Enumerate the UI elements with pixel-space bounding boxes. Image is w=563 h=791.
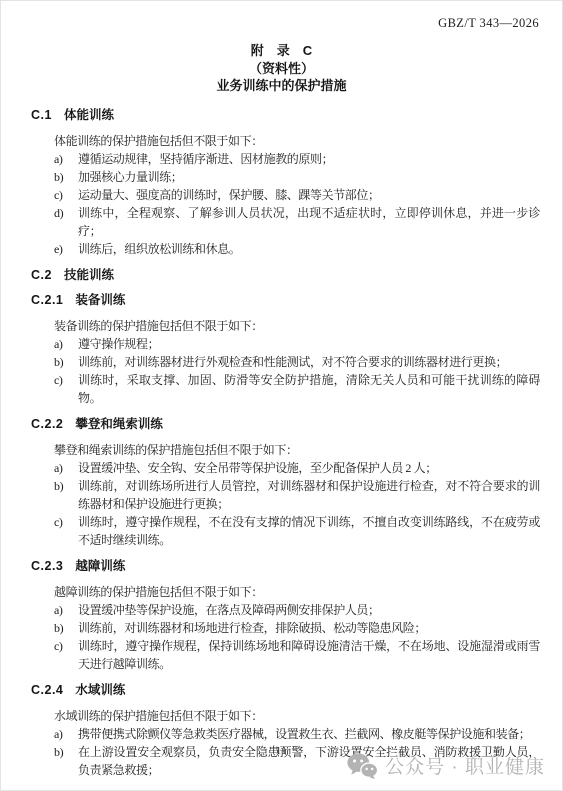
item-text: 携带便携式除颤仪等急救类医疗器械，设置救生衣、拦截网、橡皮艇等保护设施和装备； xyxy=(78,725,540,743)
item-label: c) xyxy=(54,186,78,204)
item-text: 训练前，对训练器材和场地进行检查，排除破损、松动等隐患风险； xyxy=(78,619,540,637)
item-label: b) xyxy=(54,619,78,637)
section-c2-heading: C.2 技能训练 xyxy=(31,267,534,283)
item-text: 运动量大、强度高的训练时，保护腰、膝、踝等关节部位； xyxy=(78,186,540,204)
item-label: d) xyxy=(54,204,78,240)
section-title: 攀登和绳索训练 xyxy=(75,416,163,432)
section-number: C.2.4 xyxy=(31,682,63,698)
section-number: C.2 xyxy=(31,267,52,283)
section-title: 水域训练 xyxy=(75,682,125,698)
item-text: 训练后，组织放松训练和休息。 xyxy=(78,240,540,258)
item-text: 训练前，对训练器材进行外观检查和性能测试，对不符合要求的训练器材进行更换； xyxy=(78,353,540,371)
item-label: e) xyxy=(54,240,78,258)
item-label: b) xyxy=(54,353,78,371)
list-item: c) 训练时，采取支撑、加固、防滑等安全防护措施，清除无关人员和可能干扰训练的障… xyxy=(54,371,540,407)
section-c1-heading: C.1 体能训练 xyxy=(31,107,534,123)
list-item: c) 训练时，遵守操作规程，不在没有支撑的情况下训练，不擅自改变训练路线，不在疲… xyxy=(54,513,540,549)
list-item: a) 携带便携式除颤仪等急救类医疗器械，设置救生衣、拦截网、橡皮艇等保护设施和装… xyxy=(54,725,540,743)
item-text: 训练中，全程观察、了解参训人员状况，出现不适症状时，立即停训休息，并进一步诊疗； xyxy=(78,204,540,240)
list-item: b) 训练前，对训练器材和场地进行检查，排除破损、松动等隐患风险； xyxy=(54,619,540,637)
watermark: 公众号 · 职业健康 xyxy=(347,752,545,779)
section-title: 装备训练 xyxy=(75,292,125,308)
item-label: c) xyxy=(54,637,78,673)
item-label: a) xyxy=(54,601,78,619)
item-label: a) xyxy=(54,725,78,743)
section-c2-2-heading: C.2.2 攀登和绳索训练 xyxy=(31,416,534,432)
wechat-icon xyxy=(347,753,378,779)
item-label: a) xyxy=(54,150,78,168)
section-number: C.2.3 xyxy=(31,558,63,574)
section-title: 体能训练 xyxy=(64,107,114,123)
item-text: 设置缓冲垫等保护设施，在落点及障碍两侧安排保护人员； xyxy=(78,601,540,619)
list-item: a) 设置缓冲垫、安全钩、安全吊带等保护设施，至少配备保护人员 2 人； xyxy=(54,459,540,477)
list-item: e) 训练后，组织放松训练和休息。 xyxy=(54,240,540,258)
appendix-title: 附 录 C xyxy=(1,42,562,59)
list-item: a) 遵守操作规程； xyxy=(54,335,540,353)
section-c1-intro: 体能训练的保护措施包括但不限于如下： xyxy=(54,132,540,150)
section-c2-3-intro: 越障训练的保护措施包括但不限于如下： xyxy=(54,583,540,601)
section-c2-1-heading: C.2.1 装备训练 xyxy=(31,292,534,308)
item-text: 训练时，遵守操作规程，保持训练场地和障碍设施清洁干燥，不在场地、设施湿滑或雨雪天… xyxy=(78,637,540,673)
section-title: 技能训练 xyxy=(64,267,114,283)
appendix-subject: 业务训练中的保护措施 xyxy=(1,77,562,94)
appendix-type: （资料性） xyxy=(1,60,562,77)
list-item: b) 加强核心力量训练； xyxy=(54,168,540,186)
section-c2-3-heading: C.2.3 越障训练 xyxy=(31,558,534,574)
item-text: 加强核心力量训练； xyxy=(78,168,540,186)
list-item: a) 设置缓冲垫等保护设施，在落点及障碍两侧安排保护人员； xyxy=(54,601,540,619)
document-page: GBZ/T 343—2026 附 录 C （资料性） 业务训练中的保护措施 C.… xyxy=(0,0,563,791)
appendix-title-block: 附 录 C （资料性） 业务训练中的保护措施 xyxy=(1,42,562,94)
section-number: C.2.1 xyxy=(31,292,63,308)
list-item: b) 训练前，对训练器材进行外观检查和性能测试，对不符合要求的训练器材进行更换； xyxy=(54,353,540,371)
item-text: 遵循运动规律，坚持循序渐进、因材施教的原则； xyxy=(78,150,540,168)
section-c2-1-intro: 装备训练的保护措施包括但不限于如下： xyxy=(54,317,540,335)
watermark-label: 公众号 · 职业健康 xyxy=(385,752,545,779)
list-item: b) 训练前，对训练场所进行人员管控，对训练器材和保护设施进行检查，对不符合要求… xyxy=(54,477,540,513)
section-c1-items: a) 遵循运动规律，坚持循序渐进、因材施教的原则； b) 加强核心力量训练； c… xyxy=(54,150,540,258)
item-label: b) xyxy=(54,168,78,186)
item-text: 训练时，采取支撑、加固、防滑等安全防护措施，清除无关人员和可能干扰训练的障碍物。 xyxy=(78,371,540,407)
section-c2-2-intro: 攀登和绳索训练的保护措施包括但不限于如下： xyxy=(54,441,540,459)
section-number: C.1 xyxy=(31,107,52,123)
item-text: 设置缓冲垫、安全钩、安全吊带等保护设施，至少配备保护人员 2 人； xyxy=(78,459,540,477)
section-title: 越障训练 xyxy=(75,558,125,574)
item-label: a) xyxy=(54,459,78,477)
item-text: 遵守操作规程； xyxy=(78,335,540,353)
item-label: c) xyxy=(54,371,78,407)
section-number: C.2.2 xyxy=(31,416,63,432)
list-item: c) 训练时，遵守操作规程，保持训练场地和障碍设施清洁干燥，不在场地、设施湿滑或… xyxy=(54,637,540,673)
item-text: 训练时，遵守操作规程，不在没有支撑的情况下训练，不擅自改变训练路线，不在疲劳或不… xyxy=(78,513,540,549)
list-item: c) 运动量大、强度高的训练时，保护腰、膝、踝等关节部位； xyxy=(54,186,540,204)
standard-code: GBZ/T 343—2026 xyxy=(1,1,562,31)
section-c2-4-heading: C.2.4 水域训练 xyxy=(31,682,534,698)
item-text: 训练前，对训练场所进行人员管控，对训练器材和保护设施进行检查，对不符合要求的训练… xyxy=(78,477,540,513)
section-c2-3-items: a) 设置缓冲垫等保护设施，在落点及障碍两侧安排保护人员； b) 训练前，对训练… xyxy=(54,601,540,673)
item-label: a) xyxy=(54,335,78,353)
item-label: c) xyxy=(54,513,78,549)
list-item: d) 训练中，全程观察、了解参训人员状况，出现不适症状时，立即停训休息，并进一步… xyxy=(54,204,540,240)
item-label: b) xyxy=(54,477,78,513)
section-c2-1-items: a) 遵守操作规程； b) 训练前，对训练器材进行外观检查和性能测试，对不符合要… xyxy=(54,335,540,407)
list-item: a) 遵循运动规律，坚持循序渐进、因材施教的原则； xyxy=(54,150,540,168)
section-c2-4-intro: 水域训练的保护措施包括但不限于如下： xyxy=(54,707,540,725)
section-c2-2-items: a) 设置缓冲垫、安全钩、安全吊带等保护设施，至少配备保护人员 2 人； b) … xyxy=(54,459,540,549)
